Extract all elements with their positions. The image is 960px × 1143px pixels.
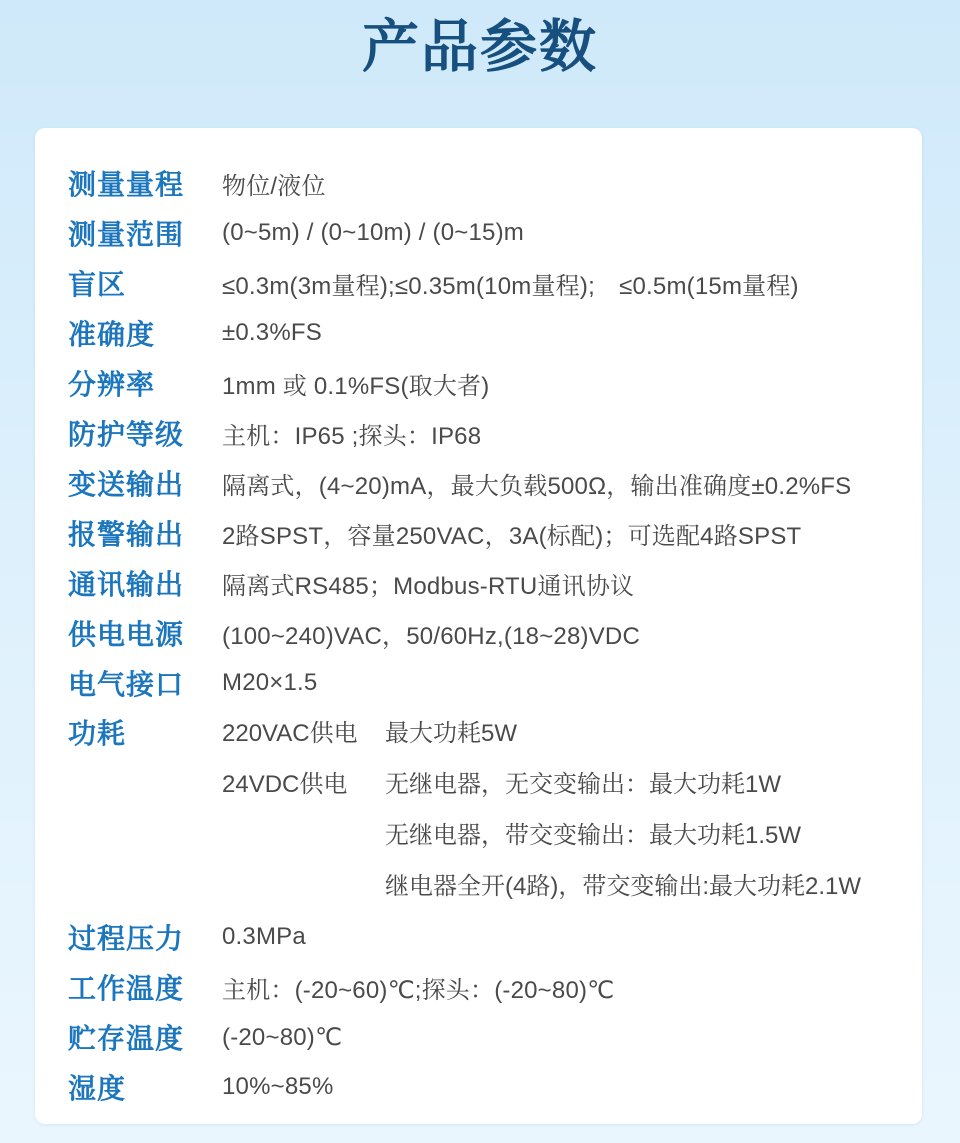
spec-label: 防护等级: [68, 413, 222, 453]
spec-label: 工作温度: [68, 967, 222, 1007]
power-mode-name: 220VAC供电: [222, 708, 385, 759]
product-spec-card: 测量量程 物位/液位 测量范围 (0~5m) / (0~10m) / (0~15…: [35, 128, 922, 1124]
power-detail: 继电器全开(4路)，带交变输出:最大功耗2.1W: [385, 861, 861, 912]
spec-value: 1mm 或 0.1%FS(取大者): [222, 366, 489, 401]
spec-label: 湿度: [68, 1067, 222, 1107]
spec-label: 过程压力: [68, 917, 222, 957]
spec-label: 分辨率: [68, 363, 222, 403]
spec-value: 隔离式RS485；Modbus-RTU通讯协议: [222, 566, 634, 601]
spec-label: 准确度: [68, 313, 222, 353]
spec-value: 10%~85%: [222, 1073, 334, 1101]
spec-row-process-pressure: 过程压力 0.3MPa: [68, 912, 902, 962]
spec-row-humidity: 湿度 10%~85%: [68, 1062, 902, 1112]
spec-row-working-temperature: 工作温度 主机：(-20~60)℃;探头：(-20~80)℃: [68, 962, 902, 1012]
spec-label: 电气接口: [68, 663, 222, 703]
spec-row-communication-output: 通讯输出 隔离式RS485；Modbus-RTU通讯协议: [68, 558, 902, 608]
power-detail: 无继电器，带交变输出：最大功耗1.5W: [385, 810, 861, 861]
spec-row-power-consumption: 功耗 220VAC供电 最大功耗5W 24VDC供电 无继电器，无交变输出：最大…: [68, 708, 902, 912]
spec-row-transmitter-output: 变送输出 隔离式，(4~20)mA，最大负载500Ω，输出准确度±0.2%FS: [68, 458, 902, 508]
spec-value: ≤0.3m(3m量程);≤0.35m(10m量程); ≤0.5m(15m量程): [222, 266, 799, 301]
power-consumption-body: 220VAC供电 最大功耗5W 24VDC供电 无继电器，无交变输出：最大功耗1…: [222, 708, 861, 912]
power-mode-name: 24VDC供电: [222, 759, 385, 810]
spec-label: 测量量程: [68, 163, 222, 203]
spec-row-accuracy: 准确度 ±0.3%FS: [68, 308, 902, 358]
power-mode-details: 无继电器，无交变输出：最大功耗1W 无继电器，带交变输出：最大功耗1.5W 继电…: [385, 759, 861, 912]
spec-value: 2路SPST，容量250VAC，3A(标配)；可选配4路SPST: [222, 516, 801, 551]
spec-value: 主机：(-20~60)℃;探头：(-20~80)℃: [222, 970, 614, 1005]
spec-label: 通讯输出: [68, 563, 222, 603]
spec-value: M20×1.5: [222, 669, 317, 697]
spec-label: 盲区: [68, 263, 222, 303]
spec-row-resolution: 分辨率 1mm 或 0.1%FS(取大者): [68, 358, 902, 408]
spec-label: 报警输出: [68, 513, 222, 553]
spec-row-electrical-interface: 电气接口 M20×1.5: [68, 658, 902, 708]
spec-label: 测量范围: [68, 213, 222, 253]
spec-value: 隔离式，(4~20)mA，最大负载500Ω，输出准确度±0.2%FS: [222, 466, 851, 501]
spec-value: (-20~80)℃: [222, 1023, 342, 1052]
spec-row-alarm-output: 报警输出 2路SPST，容量250VAC，3A(标配)；可选配4路SPST: [68, 508, 902, 558]
spec-row-blind-zone: 盲区 ≤0.3m(3m量程);≤0.35m(10m量程); ≤0.5m(15m量…: [68, 258, 902, 308]
spec-value: ±0.3%FS: [222, 319, 322, 347]
power-detail: 最大功耗5W: [385, 708, 517, 759]
spec-label: 变送输出: [68, 463, 222, 503]
spec-row-measuring-span: 测量量程 物位/液位: [68, 158, 902, 208]
spec-label: 功耗: [68, 708, 222, 759]
power-mode-details: 最大功耗5W: [385, 708, 517, 759]
spec-label: 供电电源: [68, 613, 222, 653]
power-detail: 无继电器，无交变输出：最大功耗1W: [385, 759, 861, 810]
spec-label: 贮存温度: [68, 1017, 222, 1057]
spec-value: 主机：IP65 ;探头：IP68: [222, 416, 481, 451]
spec-row-power-supply: 供电电源 (100~240)VAC，50/60Hz,(18~28)VDC: [68, 608, 902, 658]
spec-row-storage-temperature: 贮存温度 (-20~80)℃: [68, 1012, 902, 1062]
spec-value: (0~5m) / (0~10m) / (0~15)m: [222, 219, 524, 247]
spec-value: (100~240)VAC，50/60Hz,(18~28)VDC: [222, 616, 640, 651]
spec-row-measuring-range: 测量范围 (0~5m) / (0~10m) / (0~15)m: [68, 208, 902, 258]
spec-row-protection-rating: 防护等级 主机：IP65 ;探头：IP68: [68, 408, 902, 458]
power-mode-24vdc: 24VDC供电 无继电器，无交变输出：最大功耗1W 无继电器，带交变输出：最大功…: [222, 759, 861, 912]
page-title: 产品参数: [0, 0, 960, 80]
power-mode-220vac: 220VAC供电 最大功耗5W: [222, 708, 861, 759]
spec-value: 物位/液位: [222, 166, 326, 201]
spec-value: 0.3MPa: [222, 923, 306, 951]
